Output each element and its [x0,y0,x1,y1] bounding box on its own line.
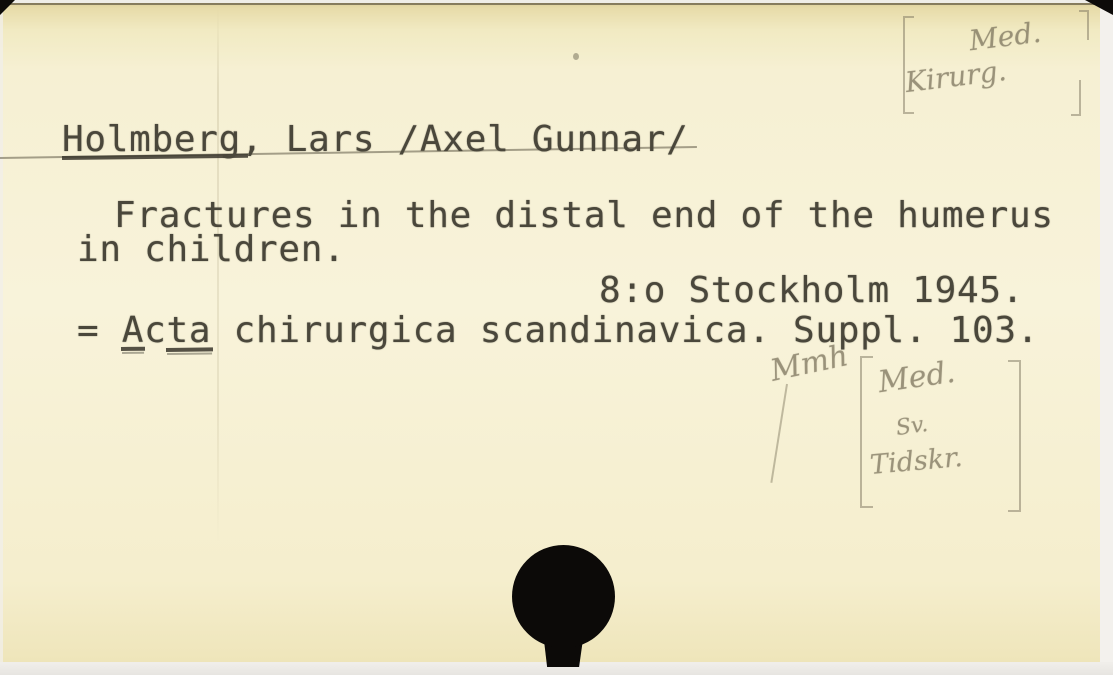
pencil-word-med: Med. [967,16,1043,58]
author-heading: Holmberg, Lars /Axel Gunnar/ [62,120,688,160]
pencil-word-kirurg: Kirurg. [903,54,1008,99]
pencil-word-tidskr: Tidskr. [869,442,964,481]
bracket-right-bottom [1071,80,1081,116]
paper-crease [217,8,219,543]
catalog-card-scan: Holmberg, Lars /Axel Gunnar/ Fractures i… [0,0,1113,675]
card-left-edge [0,0,3,675]
bracket-right-top [1079,10,1089,40]
card-top-edge-shadow [0,3,1113,5]
pencil-sigla: Mmh [767,338,851,389]
pencil-note-top-right: Med. Kirurg. [893,6,1105,124]
pencil-word-sv: Sv. [894,412,929,441]
title-line-2: in children. [77,230,346,270]
pencil-sigla-tail-stroke [770,384,788,483]
bracket-left [860,356,873,508]
imprint-line: 8:o Stockholm 1945. [599,271,1024,311]
punch-hole [512,545,615,648]
pencil-note-middle-right: Mmh Med. Sv. Tidskr. [768,342,1046,520]
bracket-right [1008,360,1021,512]
pencil-word-med: Med. [876,355,957,400]
paper-speck [573,53,579,60]
